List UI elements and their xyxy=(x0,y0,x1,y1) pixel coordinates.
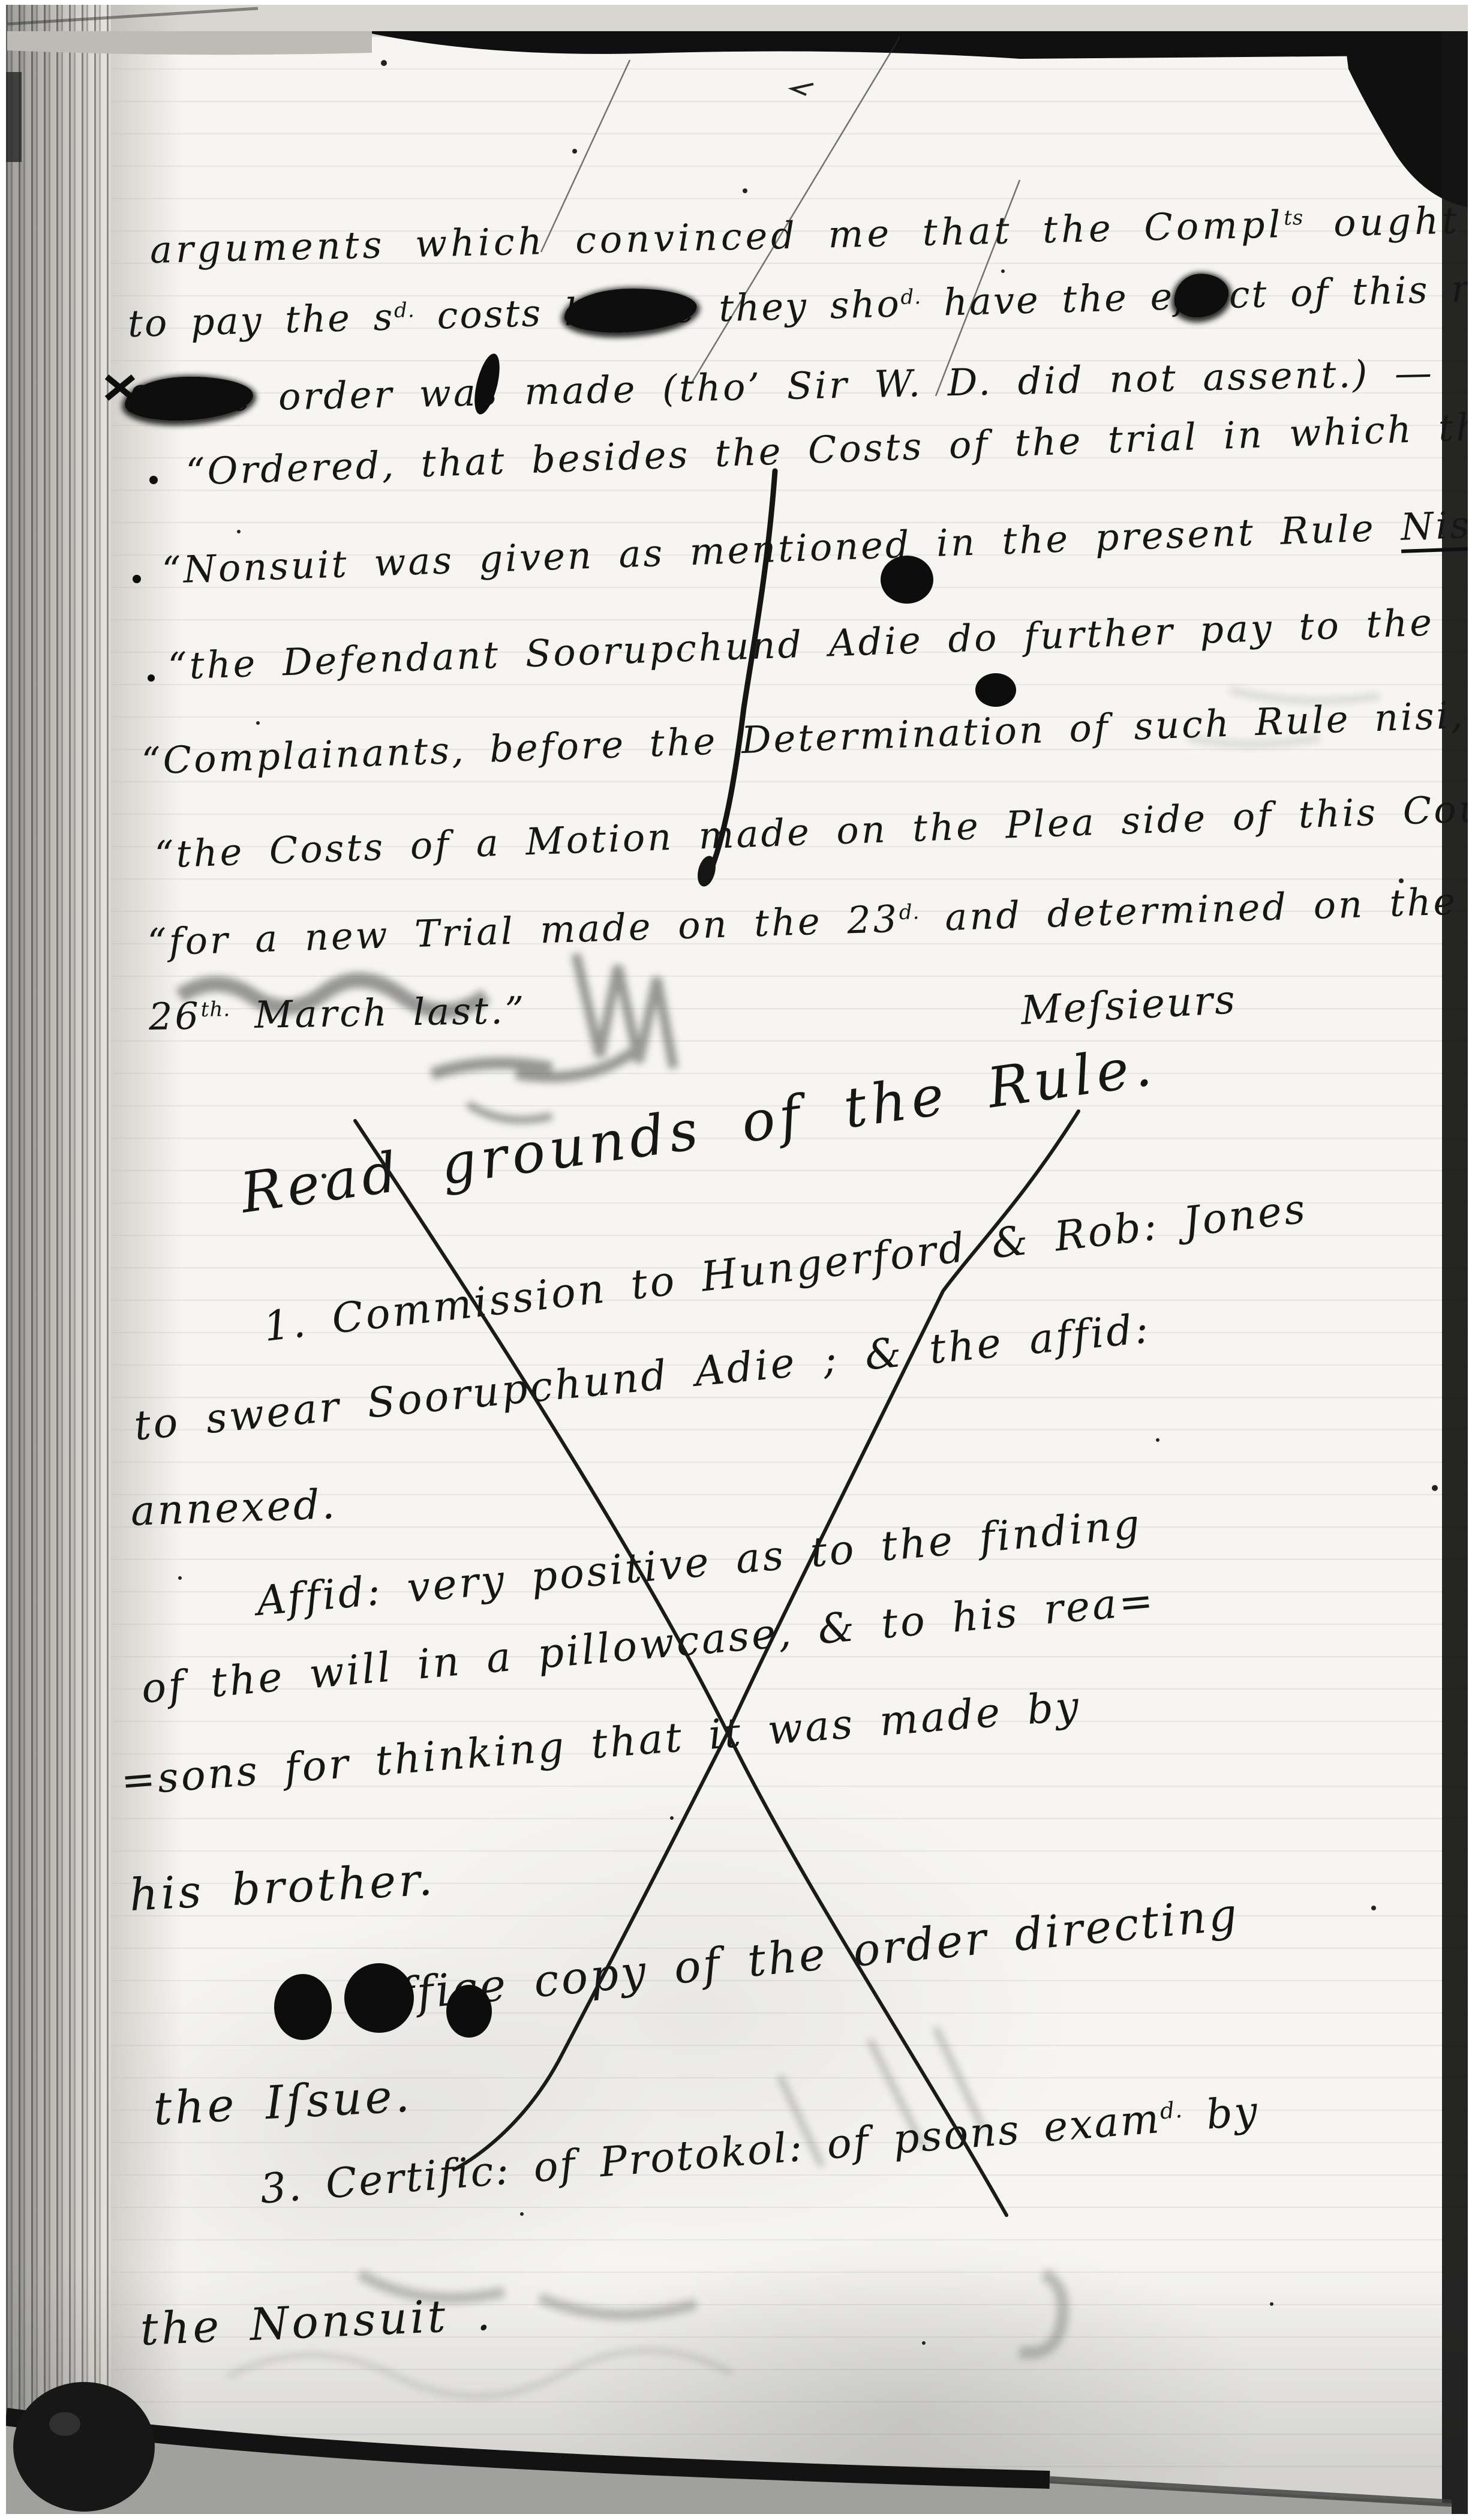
line-the-issue: the Iſsue. xyxy=(152,2068,414,2135)
line-nonsuit-given: “Nonsuit was given as mentioned in the p… xyxy=(161,502,1468,592)
line-costs-of-motion: “the Costs of a Motion made on the Plea … xyxy=(154,785,1468,877)
line-defendant: “the Defendant Soorupchund Adie do furth… xyxy=(167,600,1435,688)
page-photo-area: arguments which convinced me that the Co… xyxy=(6,5,1468,2514)
line-office-copy: 2. Office copy of the order directing xyxy=(284,1888,1242,2031)
line-read-grounds: Read grounds of the Rule. xyxy=(237,1033,1160,1225)
line-order-was-made: & the order was made (tho’ Sir W. D. did… xyxy=(124,350,1434,422)
line-the-nonsuit: the Nonsuit . xyxy=(139,2288,494,2356)
line-new-trial: “for a new Trial made on the 23d. and de… xyxy=(147,879,1458,964)
manuscript-photo: arguments which convinced me that the Co… xyxy=(0,0,1475,2520)
line-his-brother: his brother. xyxy=(128,1853,437,1921)
line-messieurs: Meſsieurs xyxy=(1020,976,1238,1034)
handwriting-layer: arguments which convinced me that the Co… xyxy=(6,5,1468,2514)
line-ordered: “Ordered, that besides the Costs of the … xyxy=(185,404,1468,494)
line-commission: 1. Commission to Hungerford & Rob: Jones xyxy=(262,1185,1310,1351)
line-to-pay-costs: to pay the sd. costs before they shod. h… xyxy=(127,265,1468,346)
line-arguments: arguments which convinced me that the Co… xyxy=(149,198,1461,272)
line-march-last: 26th. March last.” xyxy=(148,988,527,1039)
line-annexed: annexed. xyxy=(130,1481,338,1535)
line-complainants: “Complainants, before the Determination … xyxy=(141,693,1466,783)
